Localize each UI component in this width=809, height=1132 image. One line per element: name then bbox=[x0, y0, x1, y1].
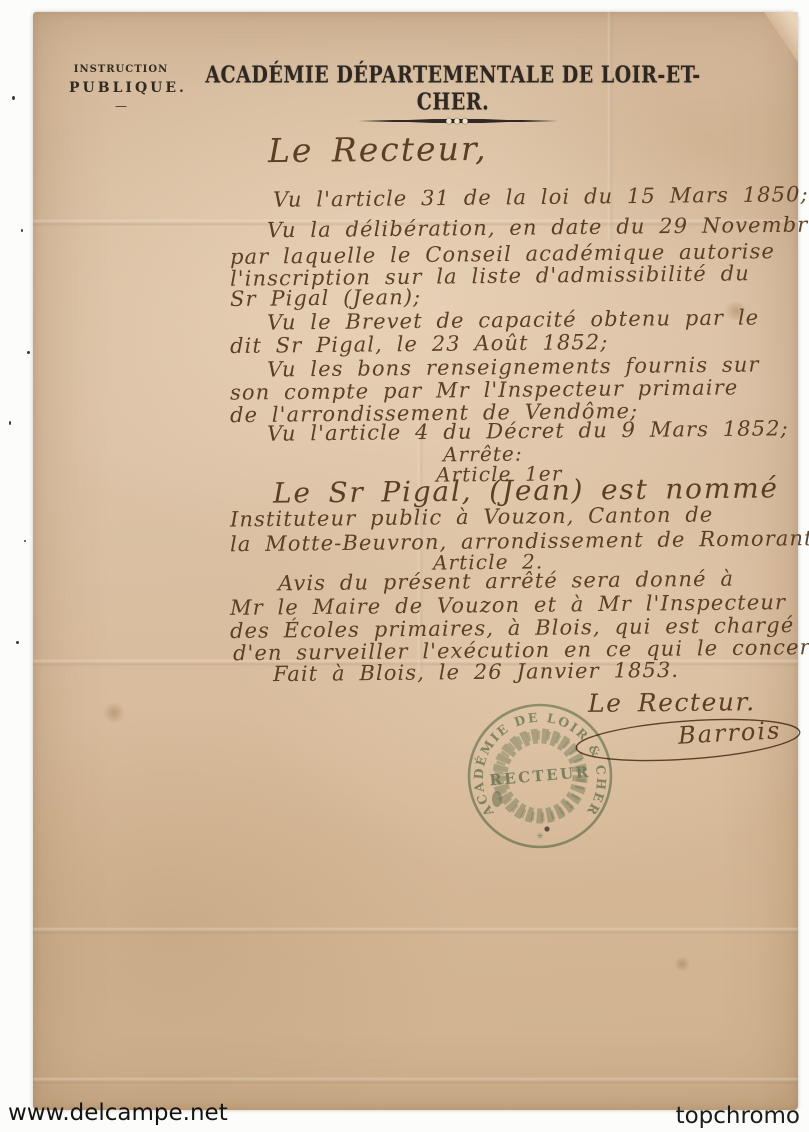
age-stain bbox=[673, 957, 691, 971]
scan-speck bbox=[12, 96, 15, 100]
stamp-ink-blotch bbox=[492, 791, 502, 807]
ministry-line1: INSTRUCTION bbox=[69, 64, 173, 75]
ministry-label: INSTRUCTION PUBLIQUE. — bbox=[69, 64, 173, 113]
ministry-dash: — bbox=[69, 99, 173, 113]
fold-crease bbox=[33, 928, 798, 933]
scan-speck bbox=[16, 641, 19, 644]
age-stain bbox=[103, 702, 125, 724]
scan-speck bbox=[21, 229, 23, 232]
scan-speck bbox=[27, 351, 30, 354]
signature: Barrois bbox=[677, 716, 782, 749]
fold-crease bbox=[33, 1078, 798, 1083]
scanned-document-photo: INSTRUCTION PUBLIQUE. — ACADÉMIE DÉPARTE… bbox=[0, 0, 809, 1132]
dog-ear-fold bbox=[764, 12, 798, 62]
salutation: Le Recteur, bbox=[268, 129, 488, 170]
letter-line: Fait à Blois, le 26 Janvier 1853. bbox=[273, 658, 679, 686]
scan-speck bbox=[24, 540, 26, 542]
ornament-divider: ●●● bbox=[358, 116, 558, 126]
academy-title: ACADÉMIE DÉPARTEMENTALE DE LOIR-ET-CHER. bbox=[203, 62, 703, 116]
letter-paper: INSTRUCTION PUBLIQUE. — ACADÉMIE DÉPARTE… bbox=[33, 12, 798, 1110]
letter-line: Vu l'article 4 du Décret du 9 Mars 1852; bbox=[267, 416, 789, 445]
letter-line: Vu la délibération, en date du 29 Novemb… bbox=[267, 212, 809, 243]
letter-line: Sr Pigal (Jean); bbox=[230, 285, 422, 311]
watermark-topchromo: topchromo bbox=[676, 1103, 800, 1129]
stamp-bottom-mark: ✳ bbox=[536, 832, 544, 842]
ministry-line2: PUBLIQUE. bbox=[69, 80, 173, 96]
letter-line: Vu l'article 31 de la loi du 15 Mars 185… bbox=[273, 182, 809, 212]
divider-beads: ●●● bbox=[358, 116, 558, 126]
watermark-delcampe: www.delcampe.net bbox=[8, 1100, 228, 1126]
ink-speck bbox=[544, 826, 549, 831]
scan-speck bbox=[9, 421, 11, 425]
